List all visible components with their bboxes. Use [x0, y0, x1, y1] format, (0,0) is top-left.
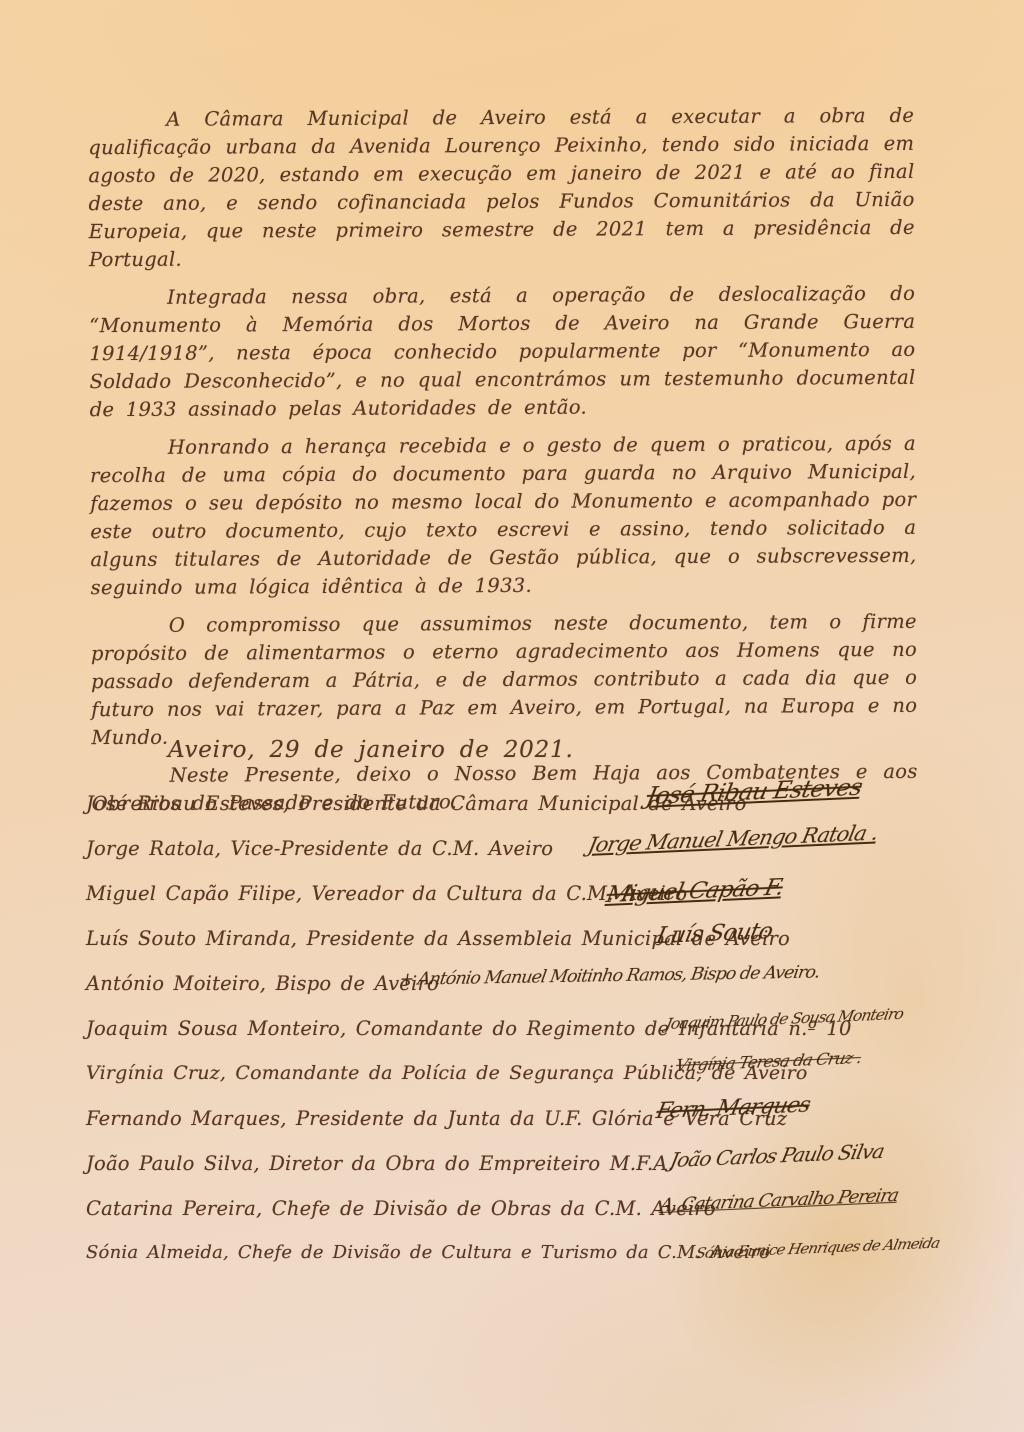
paragraph-2: Integrada nessa obra, está a operação de…: [89, 280, 916, 424]
signatory-row-catarina-pereira: Catarina Pereira, Chefe de Divisão de Ob…: [86, 1197, 986, 1242]
handwritten-document-page: A Câmara Municipal de Aveiro está a exec…: [0, 0, 1024, 1432]
signatory-label: Catarina Pereira, Chefe de Divisão de Ob…: [86, 1197, 716, 1220]
signatory-label: João Paulo Silva, Diretor da Obra do Emp…: [86, 1152, 674, 1175]
document-body-text: A Câmara Municipal de Aveiro está a exec…: [88, 102, 918, 828]
signatory-label: Miguel Capão Filipe, Vereador da Cultura…: [86, 882, 687, 905]
signatory-row-miguel-capao-filipe: Miguel Capão Filipe, Vereador da Cultura…: [86, 882, 986, 927]
signature-scrawl: Luís Souto: [654, 918, 775, 949]
signatory-list: José Ribau Esteves, Presidente da Câmara…: [86, 792, 986, 1287]
signatory-row-jorge-ratola: Jorge Ratola, Vice-Presidente da C.M. Av…: [86, 837, 986, 882]
paragraph-1: A Câmara Municipal de Aveiro está a exec…: [88, 102, 915, 274]
paragraph-4: O compromisso que assumimos neste docume…: [91, 608, 918, 752]
paragraph-3: Honrando a herança recebida e o gesto de…: [90, 430, 917, 602]
dateline: Aveiro, 29 de janeiro de 2021.: [168, 737, 574, 763]
signatory-row-sonia-almeida: Sónia Almeida, Chefe de Divisão de Cultu…: [86, 1242, 986, 1287]
signatory-label: António Moiteiro, Bispo de Aveiro: [86, 972, 439, 995]
signatory-row-virginia-cruz: Virgínia Cruz, Comandante da Polícia de …: [86, 1062, 986, 1107]
signatory-label: Jorge Ratola, Vice-Presidente da C.M. Av…: [86, 837, 553, 860]
signatory-label: Sónia Almeida, Chefe de Divisão de Cultu…: [86, 1242, 770, 1263]
signatory-row-luis-souto-miranda: Luís Souto Miranda, Presidente da Assemb…: [86, 927, 986, 972]
